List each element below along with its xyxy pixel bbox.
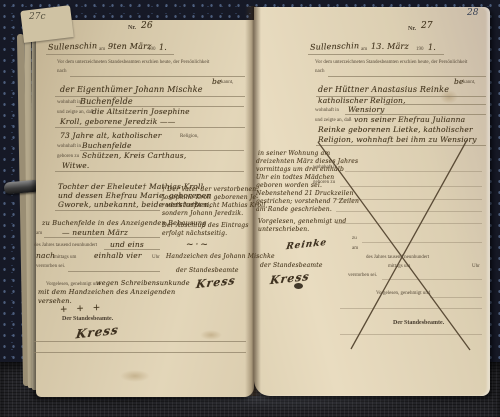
form-rule-line: [430, 297, 482, 298]
printed-jahres-left: des Jahres tausend neunhundert: [34, 243, 97, 248]
archive-folio-note-left: 27c: [29, 12, 46, 22]
form-rule-line: [46, 54, 174, 55]
printed-mittags-left: mittags um: [54, 255, 76, 260]
form-rule-line: [44, 237, 160, 238]
form-rule-line: [55, 171, 244, 172]
printed-nach-right: nach: [315, 69, 324, 74]
dateline-am-right: am: [361, 47, 367, 52]
form-rule-line: [34, 352, 246, 353]
printed-standesbeamte-right: Der Standesbeamte.: [393, 320, 444, 326]
printed-am2-left: am: [36, 231, 42, 236]
form-rule-line: [55, 210, 160, 211]
age-spot: [120, 370, 150, 382]
margin-entry-line: in seiner Wohnung am: [258, 150, 330, 157]
form-rule-line: [55, 127, 245, 128]
form-rule-line: [382, 279, 482, 280]
form-rule-line: [104, 249, 160, 250]
dateline-place-right: Sullenschin: [310, 41, 360, 52]
form-rule-line: [34, 341, 246, 342]
dateline-year-right: 1.: [428, 43, 436, 52]
dateline-place-left: Sullenschin: [48, 41, 98, 52]
printed-vorgelesen-left: Vorgelesen, genehmigt und: [46, 282, 100, 287]
form-rule-line: [340, 186, 482, 187]
printed-wohnhaft2-left: wohnhaft in: [57, 144, 81, 149]
printed-wohnhaft-left: wohnhaft in: [57, 100, 81, 105]
dateline-am-left: am: [99, 47, 105, 52]
printed-wohnhaft-right: wohnhaft in: [315, 108, 339, 113]
printed-zu-blank: zu: [352, 236, 357, 241]
death-date: — neunten März: [62, 228, 128, 237]
printed-intro-left: Vor dem unterzeichneten Standesbeamten e…: [57, 60, 209, 65]
age-spot: [200, 330, 222, 340]
margin-official-label: der Standesbeamte: [260, 262, 323, 269]
birthplace-left: Schützen, Kreis Carthaus,: [82, 151, 186, 160]
form-rule-line: [308, 54, 444, 55]
dateline-date-left: 9ten März: [108, 42, 152, 51]
printed-zeigte-right: und zeigte an, daß: [315, 118, 351, 123]
deceased-age: 73 Jahre alt, katholischer: [60, 131, 162, 140]
entry-number-left: 26: [141, 21, 153, 31]
marital-status: Witwe.: [62, 161, 89, 170]
printed-zeigte-left: und zeigte an, daß: [57, 110, 93, 115]
left-page-corner: [20, 5, 74, 43]
printed-am-blank: am: [352, 246, 358, 251]
printed-uhr-blank: Uhr: [472, 264, 480, 269]
note-flourish: ~·~: [186, 240, 210, 250]
entry-number-label-right: Nr.: [408, 26, 416, 32]
margin-entry-line: Uhr ein todtes Mädchen: [256, 174, 334, 181]
form-rule-line: [336, 211, 482, 212]
printed-intro-right: Vor dem unterzeichneten Standesbeamten e…: [315, 60, 467, 65]
form-rule-line: [68, 271, 160, 272]
entry-number-right: 27: [421, 21, 433, 31]
wife-line-1: von seiner Ehefrau Julianna: [354, 115, 465, 124]
printed-verstorben-blank: verstorben sei.: [348, 273, 377, 278]
printed-vorgelesen-blank: Vorgelesen, genehmigt und: [376, 291, 430, 296]
correction-note-line: sondern Johann Jeredzik.: [162, 210, 243, 217]
archive-folio-note-right: 28: [467, 8, 478, 18]
correction-note-line: erfolgt nächstseitig.: [162, 230, 227, 237]
printed-mittags-blank: mittags um: [388, 264, 410, 269]
printed-religion-left: Religion,: [180, 134, 198, 139]
residence2-left: Buchenfelde: [82, 141, 132, 150]
printed-standesbeamte-left: Der Standesbeamte.: [62, 316, 113, 322]
closing-line-2: mit dem Handzeichen des Anzeigenden: [38, 288, 175, 296]
margin-entry-line: unterschrieben.: [258, 226, 309, 233]
margin-entry-line: Nebenstehend 21 Druckzeilen: [256, 190, 354, 197]
deceased-name-2: Kroll, geborene Jeredzik ——: [60, 117, 175, 126]
printed-verstorben-left: verstorben sei.: [36, 264, 65, 269]
form-rule-line: [384, 104, 486, 105]
ink-blot: [294, 283, 303, 289]
correction-note-line: Josephine Kroll geborenen Je-: [162, 194, 259, 201]
wife-line-3: Religion, wohnhaft bei ihm zu Wensiory: [318, 135, 477, 144]
margin-entry-line: Vorgelesen, genehmigt und: [258, 218, 346, 225]
form-rule-line: [340, 308, 482, 309]
printed-jahres-blank: des Jahres tausend neunhundert: [366, 255, 429, 260]
form-rule-line: [362, 242, 482, 243]
dateline-year-printed-right: 190: [416, 47, 424, 52]
dateline-date-right: 13. März: [371, 42, 409, 51]
residence-left: Buchenfelde: [80, 97, 133, 106]
declarant-right: der Hüttner Anastasius Reinke: [318, 85, 449, 94]
residence-right: Wensiory: [348, 105, 385, 114]
margin-entry-line: vormittags um drei einhalb: [256, 166, 344, 173]
wife-line-2: Reinke geborenen Lietke, katholischer: [318, 125, 473, 134]
dateline-year-left: 1.: [159, 43, 167, 52]
death-time: einhalb vier: [94, 251, 142, 260]
declarant-left: der Eigenthümer Johann Mischke: [60, 85, 203, 94]
printed-nach-left: nach: [57, 69, 66, 74]
note-official-label: der Standesbeamte: [176, 267, 239, 274]
correction-note-line: Der Abschluß des Eintrags: [162, 222, 249, 229]
form-rule-line: [336, 223, 482, 224]
margin-entry-line: gestrichen; vorstehend 7 Zeilen: [256, 198, 359, 205]
correction-note-line: redzik heißt nicht Mathias Kroll,: [162, 202, 268, 209]
printed-geboren-left: geboren zu: [57, 154, 79, 159]
margin-entry-line: am Rande geschrieben.: [256, 206, 332, 213]
form-rule-line: [340, 334, 482, 335]
time-prefix: nach: [36, 251, 55, 260]
printed-bekannt-right: kannt,: [463, 80, 475, 85]
margin-entry-line: dreizehnten März dieses Jahres: [256, 158, 358, 165]
deceased-name-1: die Altsitzerin Josephine: [92, 107, 190, 116]
printed-uhr-left: Uhr: [152, 255, 160, 260]
form-rule-line: [316, 145, 486, 146]
death-year: und eins: [110, 240, 144, 249]
entry-number-label-left: Nr.: [128, 25, 136, 31]
dateline-year-printed-left: 190: [148, 47, 156, 52]
photo-register-book: 27c Nr. 26 Sullenschin am 9ten März 190 …: [0, 0, 500, 417]
margin-entry-line: geboren worden sei.: [256, 182, 322, 189]
closing-line-1: wegen Schreibensunkunde: [96, 279, 190, 287]
correction-note-line: Handzeichen des Johann Mischke: [166, 253, 275, 260]
form-rule-line: [345, 171, 482, 172]
correction-note-line: † Der Vater der verstorbenen: [162, 186, 256, 193]
printed-bekannt-left: kannt,: [221, 80, 233, 85]
